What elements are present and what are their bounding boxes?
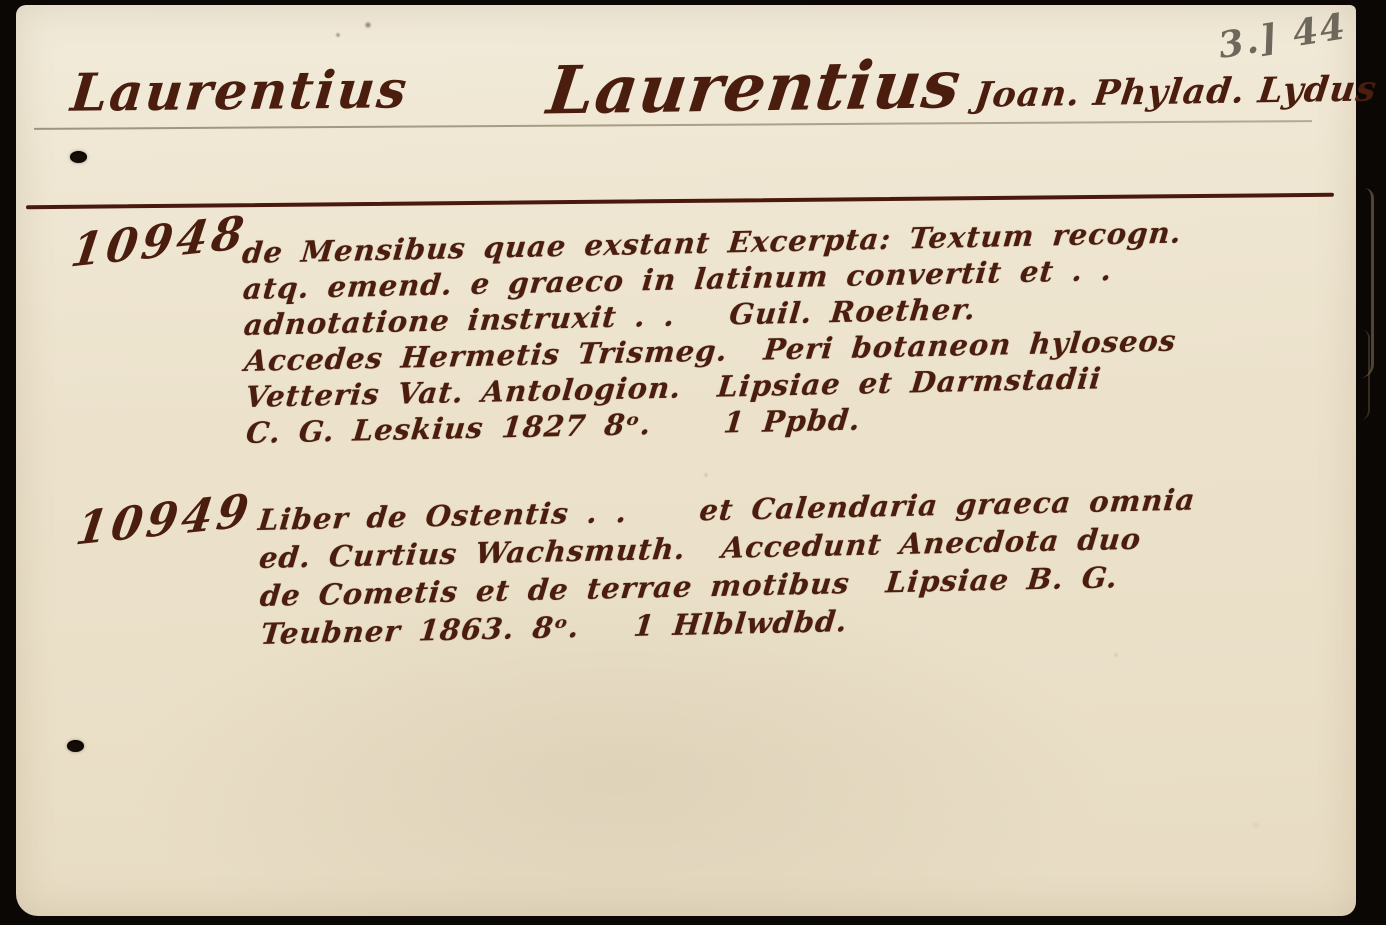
paper-edge-curl bbox=[1360, 330, 1370, 420]
entry-text-block: de Mensibus quae exstant Excerpta: Textu… bbox=[242, 215, 1186, 451]
scan-background: 3.] 44 Laurentius Laurentius Joan. Phyla… bbox=[0, 0, 1386, 925]
header-rule-thick bbox=[26, 193, 1334, 210]
heading-left: Laurentius bbox=[68, 59, 411, 124]
catalog-card: 3.] 44 Laurentius Laurentius Joan. Phyla… bbox=[16, 5, 1356, 916]
heading-right: Laurentius Joan. Phylad. Lydus bbox=[547, 38, 1376, 129]
heading-right-name: Laurentius bbox=[543, 45, 965, 130]
entry-number: 10949 bbox=[73, 483, 256, 556]
entry-number: 10948 bbox=[68, 205, 251, 278]
punch-hole-bottom bbox=[67, 740, 84, 752]
heading-right-epithet: Joan. Phylad. Lydus bbox=[972, 68, 1379, 115]
entry-text-block: Liber de Ostentis . . et Calendaria grae… bbox=[258, 481, 1198, 653]
punch-hole-top bbox=[70, 151, 87, 163]
